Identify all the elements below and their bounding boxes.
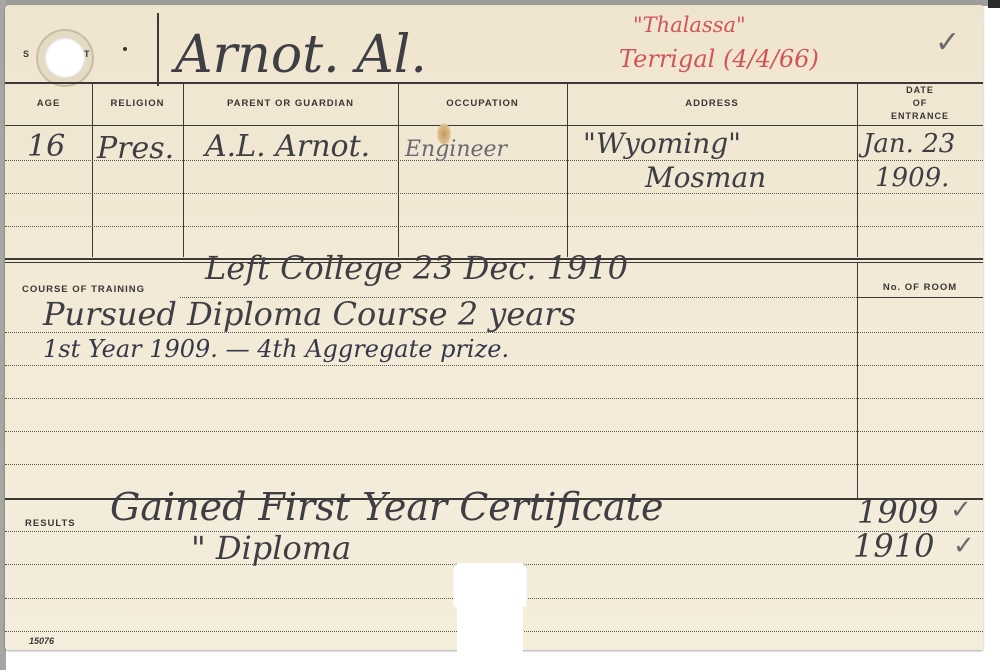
course-label: COURSE OF TRAINING <box>22 284 145 295</box>
address-line1: "Wyoming" <box>583 127 741 160</box>
dot <box>123 47 127 51</box>
row-rule <box>5 365 983 366</box>
room-header-rule <box>857 297 983 298</box>
parent-value: A.L. Arnot. <box>205 129 370 164</box>
red-annotation-place: Terrigal (4/4/66) <box>619 45 819 73</box>
occupation-value: Engineer <box>405 137 507 162</box>
results-year1: 1909 <box>857 493 938 531</box>
header-date-of: OF <box>857 98 983 108</box>
check-mark-icon: ✓ <box>935 25 960 60</box>
row-rule <box>5 464 983 465</box>
header-occupation: OCCUPATION <box>398 98 567 109</box>
course-line3: 1st Year 1909. — 4th Aggregate prize. <box>43 335 509 363</box>
room-label: No. OF ROOM <box>857 282 983 293</box>
header-address: ADDRESS <box>567 98 857 109</box>
religion-value: Pres. <box>97 131 174 166</box>
header-religion: RELIGION <box>92 98 183 109</box>
results-label: RESULTS <box>25 518 76 529</box>
age-value: 16 <box>27 129 65 164</box>
row-rule <box>5 226 983 227</box>
results-line2: " Diploma <box>191 529 351 567</box>
student-label-S: S <box>23 49 30 59</box>
entrance-date-line2: 1909. <box>875 163 949 193</box>
row-rule <box>5 531 983 532</box>
row-rule <box>5 431 983 432</box>
address-line2: Mosman <box>645 161 766 194</box>
student-label-T: T <box>84 49 91 59</box>
results-year2: 1910 <box>853 527 934 565</box>
header-bottom-rule <box>5 125 983 126</box>
check-mark-icon: ✓ <box>950 495 972 525</box>
row-rule <box>5 398 983 399</box>
entrance-date-line1: Jan. 23 <box>863 129 955 159</box>
red-annotation-house: "Thalassa" <box>633 13 746 37</box>
student-record-card: S T Arnot. Al. "Thalassa" Terrigal (4/4/… <box>5 5 983 650</box>
form-number: 15076 <box>29 636 54 646</box>
check-mark-icon: ✓ <box>953 531 975 561</box>
col-divider <box>857 82 858 257</box>
results-line1: Gained First Year Certificate <box>110 485 663 529</box>
header-parent: PARENT OR GUARDIAN <box>183 98 398 109</box>
filing-notch-slot <box>457 563 523 655</box>
name-divider <box>157 13 159 86</box>
course-line2: Pursued Diploma Course 2 years <box>43 295 576 333</box>
student-name: Arnot. Al. <box>175 25 427 85</box>
header-date: DATE <box>857 85 983 95</box>
header-top-rule <box>5 82 983 84</box>
row-rule <box>5 193 983 194</box>
header-age: AGE <box>5 98 92 109</box>
header-entrance-label: ENTRANCE <box>857 111 983 121</box>
course-line1: Left College 23 Dec. 1910 <box>205 249 628 287</box>
